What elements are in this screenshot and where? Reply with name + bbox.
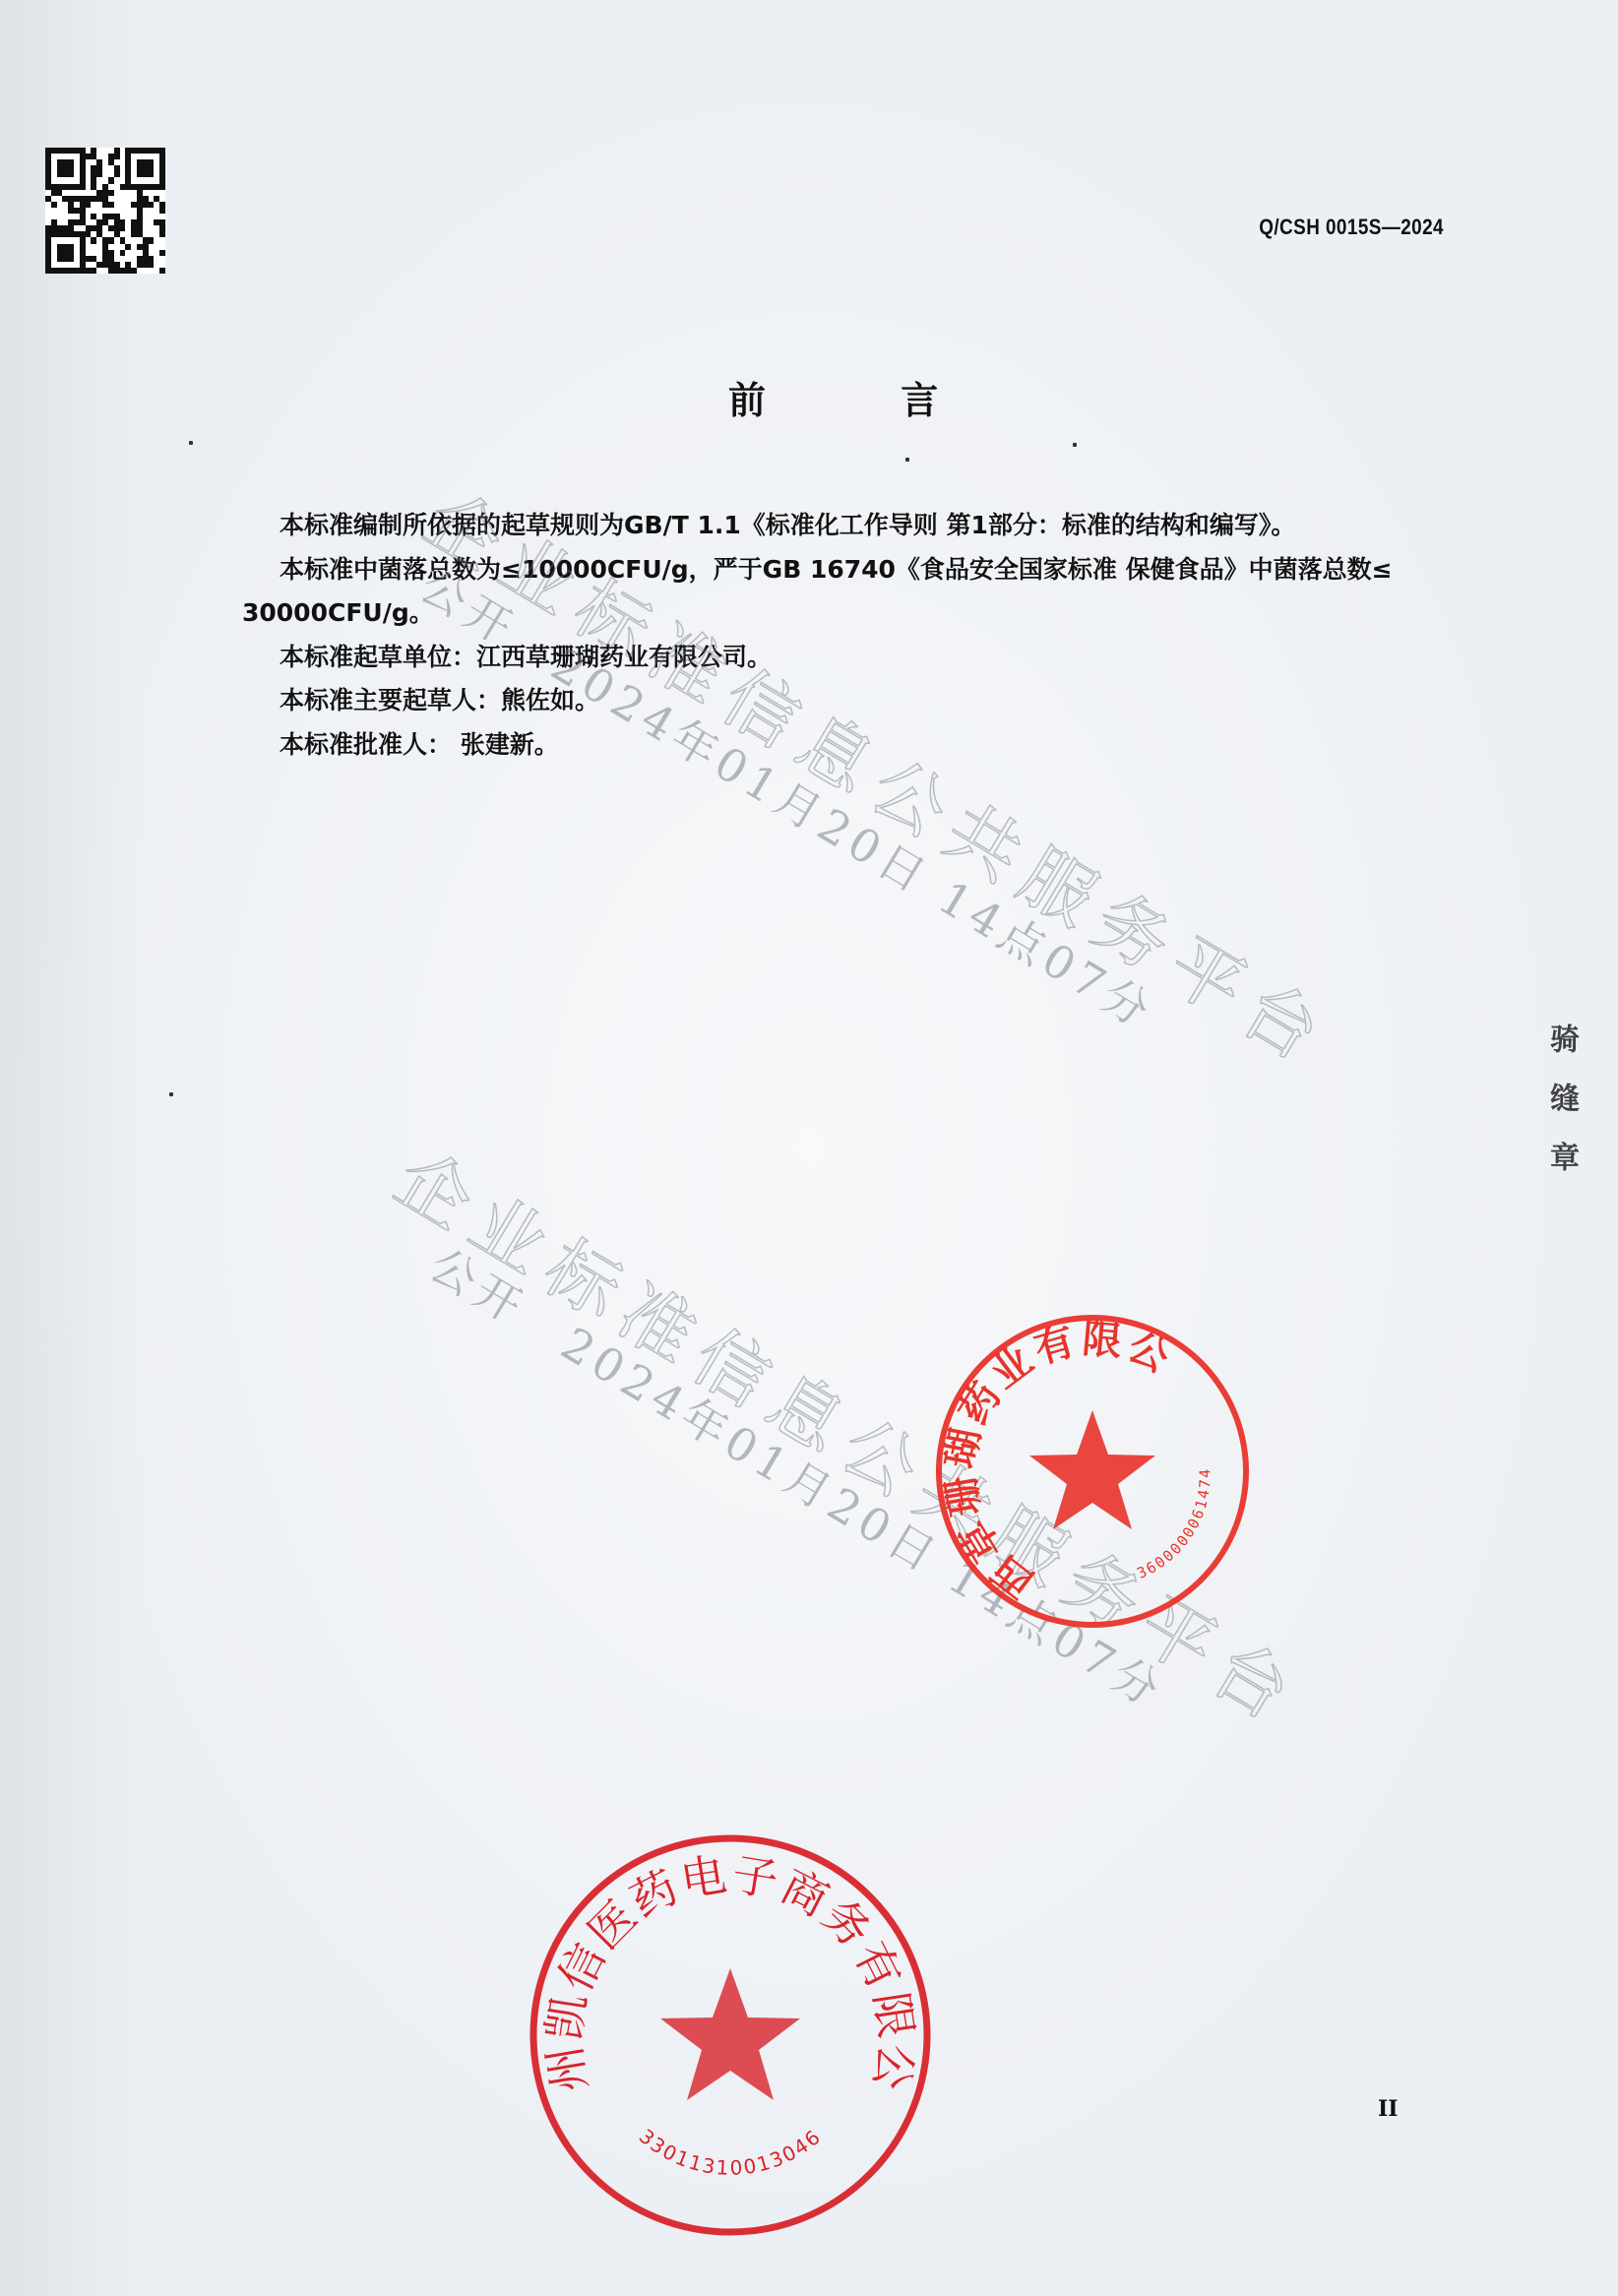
page-title: 前 言 [728, 370, 925, 424]
company-seal: 江西草珊瑚药业有限公司 3600000061474 [925, 1304, 1260, 1639]
svg-text:33011310013046: 33011310013046 [635, 2124, 826, 2180]
scan-speck [905, 458, 909, 462]
scan-edge-shadow [0, 0, 148, 2296]
scan-speck [189, 441, 193, 445]
qr-code-icon [45, 148, 165, 274]
company-seal-number: 3600000061474 [1129, 1458, 1232, 1593]
scan-speck [169, 1092, 173, 1096]
page-number: II [1378, 2096, 1399, 2122]
distributor-seal-number: 33011310013046 [635, 2124, 826, 2180]
star-icon [660, 1968, 800, 2100]
document-page: Q/CSH 0015S—2024 前 言 本标准编制所依据的起草规则为GB/T … [0, 0, 1618, 2296]
scan-speck [1073, 443, 1077, 447]
edge-seal-fragment: 骑缝章 [1533, 1024, 1583, 1348]
star-icon [1029, 1410, 1155, 1529]
distributor-seal: 杭州凯信医药电子商务有限公司 33011310013046 [524, 1829, 937, 2242]
standard-code: Q/CSH 0015S—2024 [1236, 215, 1444, 240]
svg-text:3600000061474: 3600000061474 [1129, 1458, 1232, 1593]
paragraph-drafting-unit: 本标准起草单位：江西草珊瑚药业有限公司。 [242, 636, 1445, 680]
